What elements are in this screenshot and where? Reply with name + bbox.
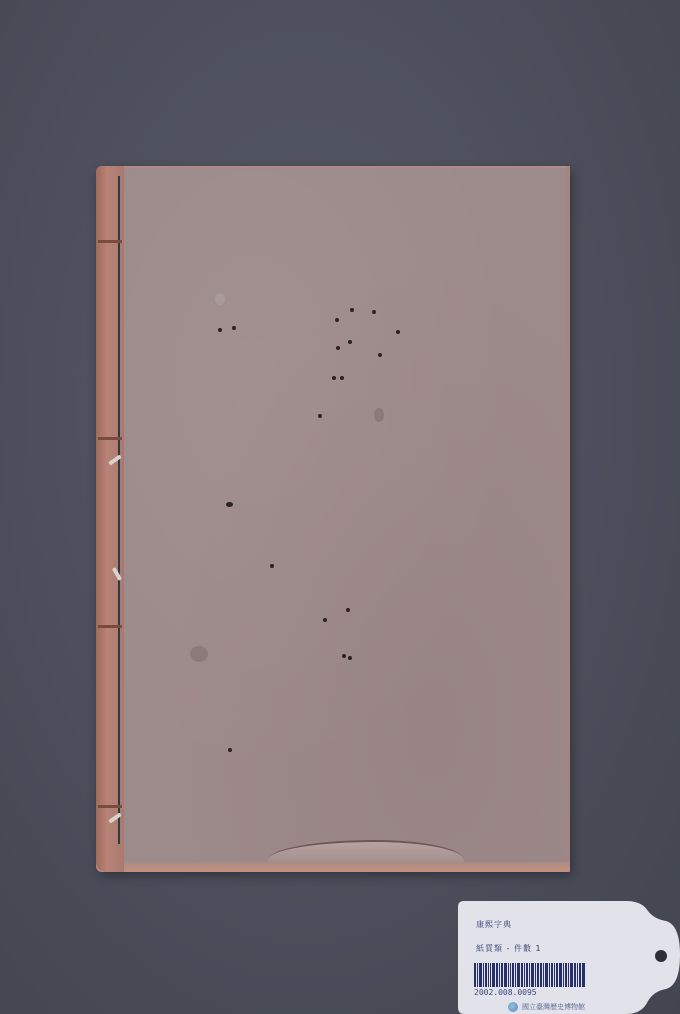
- foxing-spot: [335, 318, 339, 322]
- binding-stitch: [98, 437, 122, 440]
- binding-stitch: [98, 625, 122, 628]
- stain: [374, 408, 384, 422]
- stain: [215, 293, 225, 305]
- foxing-spot: [342, 654, 346, 658]
- tag-category: 紙質類 - 件數 1: [476, 943, 542, 954]
- binding-stitch: [98, 805, 122, 808]
- barcode-number: 2002.008.0095: [474, 988, 537, 997]
- foxing-spot: [340, 376, 344, 380]
- foxing-spot: [318, 414, 322, 418]
- spine-seam: [118, 176, 120, 844]
- inventory-tag: 康熙字典 紙質類 - 件數 1 2002.008.0095 國立臺灣歷史博物館: [456, 897, 680, 1014]
- book-spine: [96, 166, 124, 872]
- barcode: [474, 963, 634, 987]
- binding-stitch: [98, 240, 122, 243]
- foxing-spot: [332, 376, 336, 380]
- tag-content: 康熙字典 紙質類 - 件數 1 2002.008.0095 國立臺灣歷史博物館: [470, 913, 650, 1009]
- foxing-spot: [323, 618, 327, 622]
- tag-title: 康熙字典: [476, 919, 512, 930]
- foxing-spot: [336, 346, 340, 350]
- cover-bottom-edge: [96, 862, 570, 872]
- museum-name: 國立臺灣歷史博物館: [522, 1002, 585, 1012]
- foxing-spot: [396, 330, 400, 334]
- foxing-spot: [350, 308, 354, 312]
- museum-mark: 國立臺灣歷史博物館: [508, 1002, 585, 1012]
- foxing-spot: [218, 328, 222, 332]
- foxing-spot: [372, 310, 376, 314]
- foxing-spot: [270, 564, 274, 568]
- loose-thread: [112, 567, 122, 581]
- foxing-spot: [348, 340, 352, 344]
- foxing-spot: [228, 748, 232, 752]
- foxing-spot: [346, 608, 350, 612]
- foxing-spot: [232, 326, 236, 330]
- foxing-spot: [378, 353, 382, 357]
- foxing-spot: [348, 656, 352, 660]
- book-cover: [120, 168, 568, 868]
- stain: [190, 646, 208, 662]
- cover-right-edge: [567, 166, 570, 872]
- museum-logo-icon: [508, 1002, 518, 1012]
- foxing-spot: [226, 502, 233, 507]
- book: [96, 166, 570, 872]
